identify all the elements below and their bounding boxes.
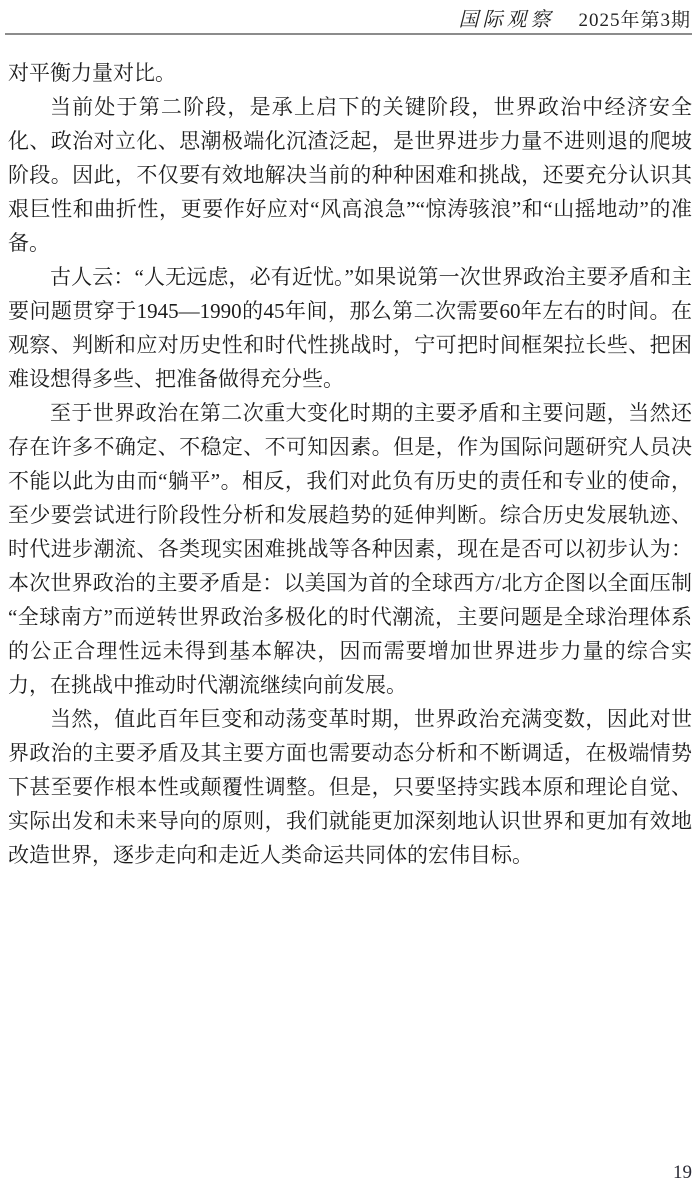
paragraph-continuation: 对平衡力量对比。 [8,56,692,90]
paragraph: 当然，值此百年巨变和动荡变革时期，世界政治充满变数，因此对世界政治的主要矛盾及其… [8,702,692,872]
paragraph: 当前处于第二阶段，是承上启下的关键阶段，世界政治中经济安全化、政治对立化、思潮极… [8,90,692,260]
journal-title: 国际观察 [458,9,554,31]
issue-label: 2025年第3期 [578,10,691,31]
article-body: 对平衡力量对比。 当前处于第二阶段，是承上启下的关键阶段，世界政治中经济安全化、… [8,56,692,872]
page-number: 19 [673,1162,692,1184]
header-divider-rule [5,33,692,35]
paragraph: 古人云：“人无远虑，必有近忧。”如果说第一次世界政治主要矛盾和主要问题贯穿于19… [8,260,692,396]
page-header: 国际观察2025年第3期 [0,3,691,32]
paragraph: 至于世界政治在第二次重大变化时期的主要矛盾和主要问题，当然还存在许多不确定、不稳… [8,396,692,702]
journal-page: 国际观察2025年第3期 对平衡力量对比。 当前处于第二阶段，是承上启下的关键阶… [0,0,700,1194]
